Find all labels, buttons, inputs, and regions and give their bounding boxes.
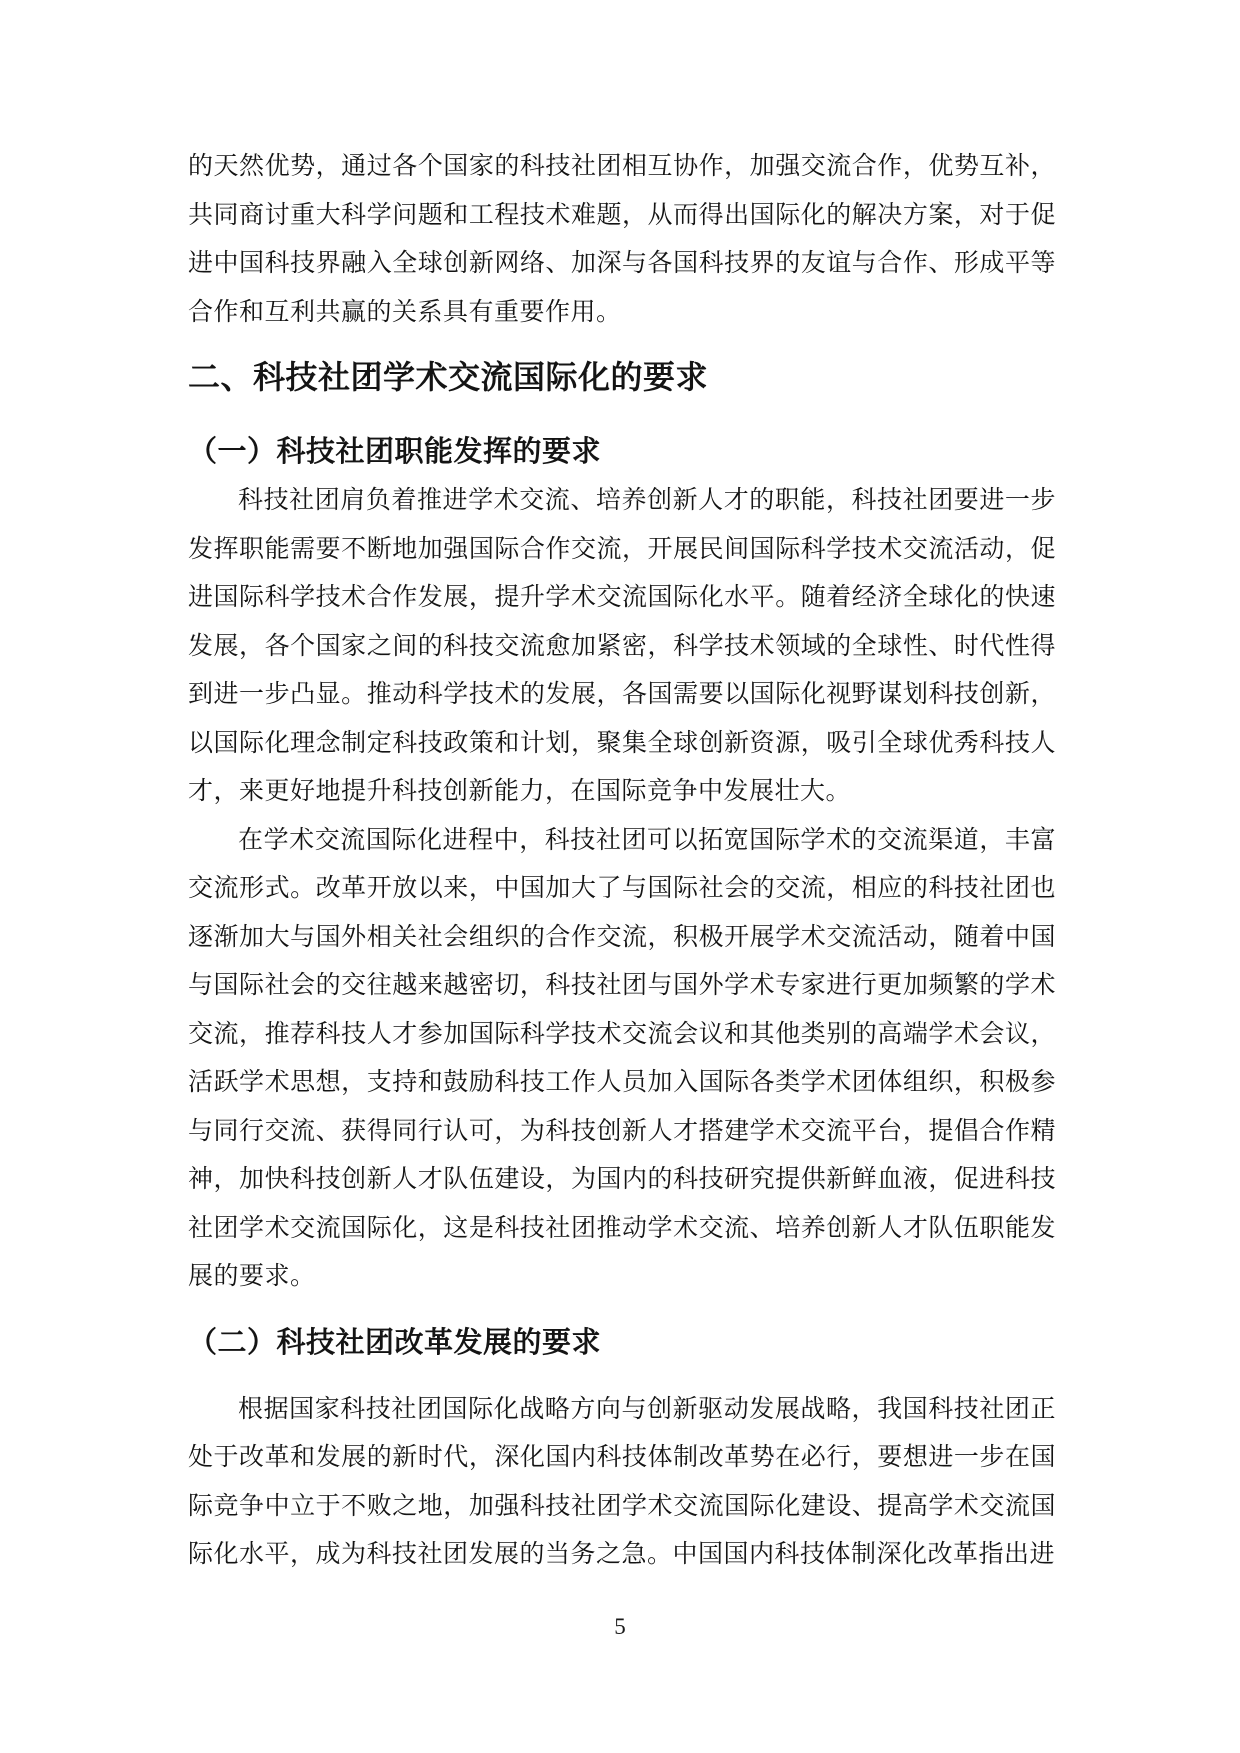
subsection-2-heading: （二）科技社团改革发展的要求 — [188, 1318, 1056, 1368]
subsection-1-paragraph-1: 科技社团肩负着推进学术交流、培养创新人才的职能，科技社团要进一步发挥职能需要不断… — [188, 477, 1056, 817]
subsection-2-paragraph-1: 根据国家科技社团国际化战略方向与创新驱动发展战略，我国科技社团正处于改革和发展的… — [188, 1386, 1056, 1580]
document-content: 的天然优势，通过各个国家的科技社团相互协作，加强交流合作，优势互补，共同商讨重大… — [188, 143, 1056, 1580]
document-page: 的天然优势，通过各个国家的科技社团相互协作，加强交流合作，优势互补，共同商讨重大… — [0, 0, 1240, 1753]
section-heading: 二、科技社团学术交流国际化的要求 — [188, 349, 1056, 405]
intro-paragraph: 的天然优势，通过各个国家的科技社团相互协作，加强交流合作，优势互补，共同商讨重大… — [188, 143, 1056, 337]
subsection-1-heading: （一）科技社团职能发挥的要求 — [188, 427, 1056, 477]
page-number: 5 — [0, 1612, 1240, 1642]
subsection-1-paragraph-2: 在学术交流国际化进程中，科技社团可以拓宽国际学术的交流渠道，丰富交流形式。改革开… — [188, 817, 1056, 1302]
